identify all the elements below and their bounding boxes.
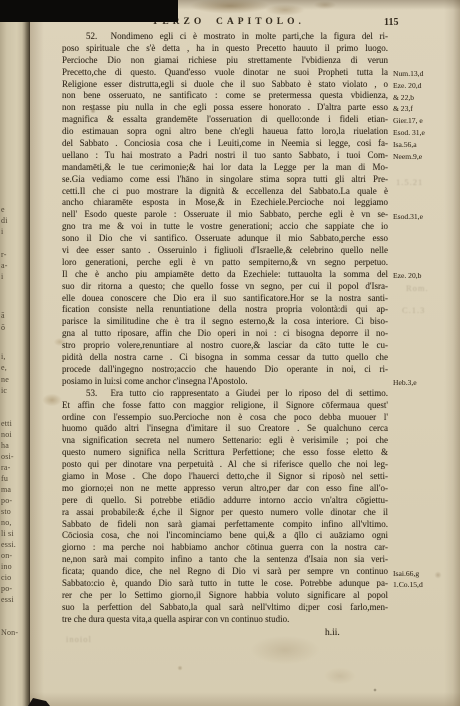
text-line: 53. Era tutto cio rappresentato a Giudei… (62, 388, 388, 400)
text-line: del Sabbato . Conciosia cosa che i Leuit… (62, 138, 388, 150)
text-line: procede dall'ingegno nostro;accio che ha… (62, 364, 388, 376)
margin-reference: Esod.31,e (393, 212, 457, 221)
margin-reference: Neem.9,e (393, 152, 457, 161)
text-line: Sabbato:cio è, quando Dio sarà tutto in … (62, 578, 388, 590)
text-line: ordine con l'essempio suo.Percioche non … (62, 412, 388, 424)
text-line: sono il Dio che vi santifico. Osseruate … (62, 233, 388, 245)
text-line: se.Gia vediamo come essi l'hāno in singo… (62, 174, 388, 186)
text-line: giorno : ma perche noi habbiamo anchor c… (62, 542, 388, 554)
margin-reference: Heb.3,e (393, 378, 457, 387)
margin-reference: Isai.66,g (393, 569, 457, 578)
text-line: Il che è ancho piu ampiamēte detto da Ez… (62, 269, 388, 281)
show-through-ghost-text: Rom. (406, 283, 429, 293)
text-line: Religione esser distrutta,egli si duole … (62, 79, 388, 91)
text-line: pere di quello. Si potrebbe etiādio addu… (62, 495, 388, 507)
margin-reference: & 23,f (393, 104, 457, 113)
text-line: magnifica & essalta grandemēte l'osserua… (62, 114, 388, 126)
text-line: Percioche Dio non giamai richiese piu st… (62, 55, 388, 67)
book-page: TERZO CAPITOLO. 115 52. Nondimeno egli c… (30, 0, 460, 706)
text-line: mo giorno;ei non ne mette appresso verun… (62, 483, 388, 495)
photo-black-corner-top-left (0, 0, 178, 22)
show-through-ghost-text: C.1.3 (402, 305, 425, 315)
text-line: mandamēti,& le tue cerimonie;& hai lor d… (62, 162, 388, 174)
text-line: Precetto,che di questo. Quand'esso vuole… (62, 67, 388, 79)
text-line: vi dee esser santo . Osseruinlo i figliu… (62, 245, 388, 257)
text-line: vna signification secreta nel numero Set… (62, 435, 388, 447)
text-line: nell' Esodo queste parole : Osseruate il… (62, 209, 388, 221)
text-line: gna al tutto riposare, affin che Dio ope… (62, 328, 388, 340)
margin-reference: Esod. 31,e (393, 128, 457, 137)
text-line: huomo quādo altri l'insegna d'imitare il… (62, 423, 388, 435)
margin-reference: Eze. 20,b (393, 271, 457, 280)
text-line: stro proprio volere,renuntiare al nostro… (62, 340, 388, 352)
text-line: 52. Nondimeno egli ci è mostrato in molt… (62, 31, 388, 43)
margin-reference: Eze. 20,d (393, 81, 457, 90)
show-through-ghost-text: inoiol (66, 634, 92, 644)
text-line: non restasse piu nulla in che egli possa… (62, 102, 388, 114)
text-line: uellano : Tu hai mostrato a Padri nostri… (62, 150, 388, 162)
text-line: giamo in Mose . Che dopo l'hauerci detto… (62, 471, 388, 483)
text-line: ficata; quando dice, che nel Regno di Di… (62, 566, 388, 578)
margin-reference: & 22,b (393, 93, 457, 102)
text-line: cetti.Il che ci puo mostrare la dignità … (62, 186, 388, 198)
page-number: 115 (384, 17, 398, 28)
text-line: ne,non sarà mai compito infino a tanto c… (62, 554, 388, 566)
signature-mark: h.ii. (325, 628, 340, 638)
text-line: fication consiste nella renuntiatione de… (62, 304, 388, 316)
text-line: ra assai probabile:& é,che il Signor per… (62, 507, 388, 519)
text-line: suo dir ritorna a questo; che quello fos… (62, 281, 388, 293)
text-line: suo la perfettion del Sabbato,la qual sa… (62, 602, 388, 614)
text-line: tre che dura questa vita,a quella aspira… (62, 614, 388, 626)
margin-reference: Gier.17, e (393, 116, 457, 125)
show-through-ghost-text: 1.5.21 (396, 177, 423, 187)
text-line: parisce la similitudine che è tra il seg… (62, 316, 388, 328)
margin-reference: Num.13,d (393, 69, 457, 78)
text-line: dio estimauan sopra ogni altro bene ch'e… (62, 126, 388, 138)
text-line: pidità della nostra carne . Ci bisogna i… (62, 352, 388, 364)
text-line: gno tra me & voi in tutte le vostre gene… (62, 221, 388, 233)
text-line: posiamo in lui:si come anchor c'insegna … (62, 376, 388, 388)
text-line: Sabbato de fideli non sarà giamai perfet… (62, 519, 388, 531)
text-line: elle douea conoscere che Dio era il suo … (62, 293, 388, 305)
text-line: Et affin che fosse fatto con maggior rel… (62, 400, 388, 412)
text-line: loro generationi, perche egli è vn patto… (62, 257, 388, 269)
margin-reference: 1.Co.15,d (393, 580, 457, 589)
text-line: non bene osseruato, ne santificato : com… (62, 90, 388, 102)
text-line: rer che per lo Settimo giorno,il Signore… (62, 590, 388, 602)
text-line: ancho chiaramēte esposta in Mose,& in Ez… (62, 197, 388, 209)
running-title-word2: CAPITOLO. (216, 17, 305, 27)
text-line: posto qui per dinotare vna perpetuità . … (62, 459, 388, 471)
book-photograph: ediir-a-iāōi,e,neicettinoihaosi-ra-fumap… (0, 0, 460, 706)
margin-reference: Isa.56,a (393, 140, 457, 149)
text-line: Cōciosia cosa, che noi l'incominciamo be… (62, 530, 388, 542)
text-block: 52. Nondimeno egli ci è mostrato in molt… (62, 31, 388, 631)
text-line: poso spirituale che s'è detta , ha in qu… (62, 43, 388, 55)
text-line: questo numero significa nella Scrittura … (62, 447, 388, 459)
